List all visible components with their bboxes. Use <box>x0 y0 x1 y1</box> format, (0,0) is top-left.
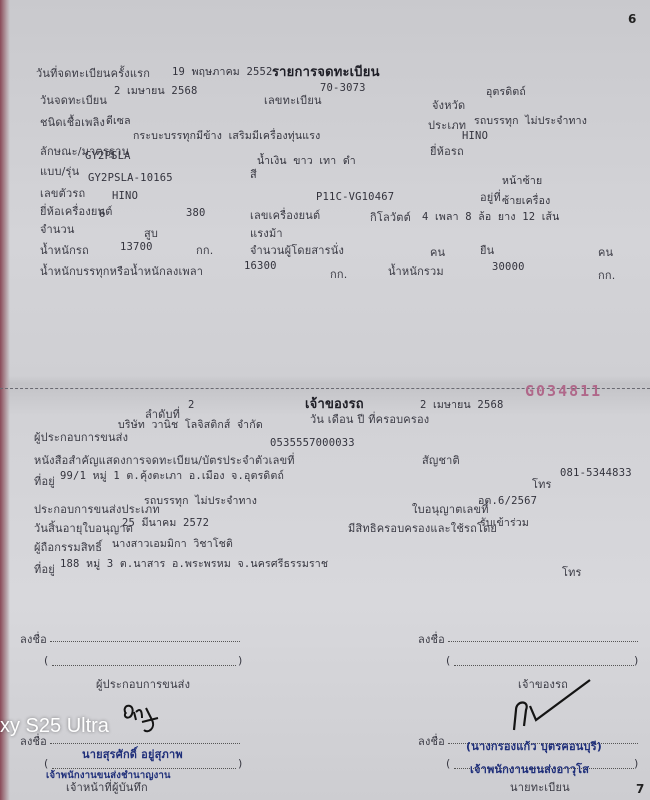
engine-brand: HINO <box>112 190 138 202</box>
signature-line-officer <box>50 742 240 744</box>
signature-line-operator <box>50 640 240 642</box>
operator-role: ผู้ประกอบการขนส่ง <box>96 675 190 693</box>
officer-role: เจ้าหน้าที่ผู้บันทึก <box>66 778 148 796</box>
plate-label: เลขทะเบียน <box>264 91 322 109</box>
owner-phone-label: โทร <box>562 563 582 581</box>
first-reg-date: 19 พฤษภาคม 2552 <box>172 63 273 80</box>
registration-title: รายการจดทะเบียน <box>272 61 380 82</box>
vehicle-weight: 13700 <box>120 241 153 253</box>
chassis-location: หน้าซ้าย <box>502 172 542 189</box>
possession-label: วัน เดือน ปี ที่ครอบครอง <box>310 410 429 428</box>
officer-name: นายสุรศักดิ์ อยู่สุภาพ <box>82 745 183 763</box>
officer-signature-icon <box>118 700 168 742</box>
axles-wheels: 4 เพลา 8 ล้อ ยาง 12 เส้น <box>422 208 560 225</box>
license-number: อต.6/2567 <box>478 492 537 509</box>
phone-label: โทร <box>532 475 552 493</box>
reg-date: 2 เมษายน 2568 <box>114 82 198 99</box>
persons-unit-2: คน <box>598 243 613 261</box>
vehicle-weight-label: น้ำหนักรถ <box>40 241 89 259</box>
brand-label: ยี่ห้อรถ <box>430 142 464 160</box>
engine-number-label: เลขเครื่องยนต์ <box>250 206 320 224</box>
id-doc-number: 0535557000033 <box>270 437 355 449</box>
style: กระบะบรรทุกมีข้าง เสริมมีเครื่องทุ่นแรง <box>133 127 320 144</box>
camera-watermark: xy S25 Ultra <box>0 715 109 738</box>
kg-unit-2: กก. <box>330 265 347 283</box>
operator-label: ผู้ประกอบการขนส่ง <box>34 428 128 446</box>
business-type: รถบรรทุก ไม่ประจำทาง <box>144 492 257 509</box>
load-weight-label: น้ำหนักบรรทุกหรือน้ำหนักลงเพลา <box>40 262 203 280</box>
nationality-label: สัญชาติ <box>422 451 460 469</box>
plate-number: 70-3073 <box>320 82 366 94</box>
count-label: จำนวน <box>40 220 75 238</box>
total-weight: 30000 <box>492 261 525 273</box>
address-label: ที่อยู่ <box>34 472 55 490</box>
operator-name: บริษัท วานิช โลจิสติกส์ จำกัด <box>118 416 263 433</box>
type-label: ประเภท <box>428 116 466 134</box>
page-edge <box>0 0 10 800</box>
order-number: 2 <box>188 399 195 411</box>
kw-label: กิโลวัตต์ <box>370 208 411 226</box>
name-line-operator <box>52 664 236 666</box>
color: น้ำเงิน ขาว เทา ดำ <box>257 152 356 169</box>
document-photo: 6 วันที่จดทะเบียนครั้งแรก 19 พฤษภาคม 255… <box>0 0 650 800</box>
registrar-stamp: เจ้าพนักงานขนส่งอาวุโส <box>470 760 589 778</box>
horsepower: 380 <box>186 207 206 219</box>
brand: HINO <box>462 130 488 142</box>
engine-location: ซ้ายเครื่อง <box>502 192 550 209</box>
signature-line-owner <box>448 640 638 642</box>
sign-label-operator: ลงชื่อ <box>20 630 47 648</box>
name-line-owner <box>454 664 634 666</box>
first-reg-label: วันที่จดทะเบียนครั้งแรก <box>36 64 150 82</box>
phone: 081-5344833 <box>560 467 632 479</box>
model-label: แบบ/รุ่น <box>40 162 79 180</box>
possession-by: รับเข้าร่วม <box>480 514 529 531</box>
legal-owner-label: ผู้ถือกรรมสิทธิ์ <box>34 538 102 556</box>
serial-stamp: G034811 <box>525 382 602 400</box>
horsepower-unit: แรงม้า <box>250 224 283 242</box>
fuel-label: ชนิดเชื้อเพลิง <box>40 113 105 131</box>
owner-address: 188 หมู่ 3 ต.นาสาร อ.พระพรหม จ.นครศรีธรร… <box>60 555 328 572</box>
chassis-label: เลขตัวรถ <box>40 184 85 202</box>
passengers-label: จำนวนผู้โดยสารนั่ง <box>250 241 344 259</box>
type: รถบรรทุก ไม่ประจำทาง <box>474 112 587 129</box>
page-number-bottom: 7 <box>636 782 644 796</box>
model: GY2PSLA <box>85 150 131 162</box>
possession-date: 2 เมษายน 2568 <box>420 396 504 413</box>
legal-owner: นางสาวเอมมิกา วิชาโชติ <box>112 535 233 552</box>
persons-unit-1: คน <box>430 243 445 261</box>
sign-label-registrar: ลงชื่อ <box>418 732 445 750</box>
sign-label-owner: ลงชื่อ <box>418 630 445 648</box>
kg-unit-1: กก. <box>196 241 213 259</box>
fuel: ดีเซล <box>106 112 131 129</box>
registrar-role: นายทะเบียน <box>510 778 570 796</box>
possession-by-label: มีสิทธิครอบครองและใช้รถโดย <box>348 519 497 537</box>
address: 99/1 หมู่ 1 ต.คุ้งตะเภา อ.เมือง จ.อุตรดิ… <box>60 467 284 484</box>
chassis-location-label: อยู่ที่ <box>480 188 501 206</box>
color-label: สี <box>250 165 257 183</box>
kg-unit-3: กก. <box>598 266 615 284</box>
license-expiry: 25 มีนาคม 2572 <box>122 514 209 531</box>
total-weight-label: น้ำหนักรวม <box>388 262 444 280</box>
standing-label: ยืน <box>480 241 494 259</box>
province-label: จังหวัด <box>432 96 465 114</box>
registrar-signature-icon <box>510 676 594 732</box>
registrar-name: (นางกรองแก้ว บุตรคอนบุรี) <box>466 737 602 755</box>
load-weight: 16300 <box>244 260 277 272</box>
engine-number: P11C-VG10467 <box>316 191 394 203</box>
cylinders-unit: สูบ <box>144 224 158 242</box>
page-number-top: 6 <box>628 12 636 26</box>
cylinders: 6 <box>99 208 106 220</box>
reg-date-label: วันจดทะเบียน <box>40 91 107 109</box>
province: อุตรดิตถ์ <box>486 83 526 100</box>
chassis-number: GY2PSLA-10165 <box>88 172 173 184</box>
owner-address-label: ที่อยู่ <box>34 560 55 578</box>
